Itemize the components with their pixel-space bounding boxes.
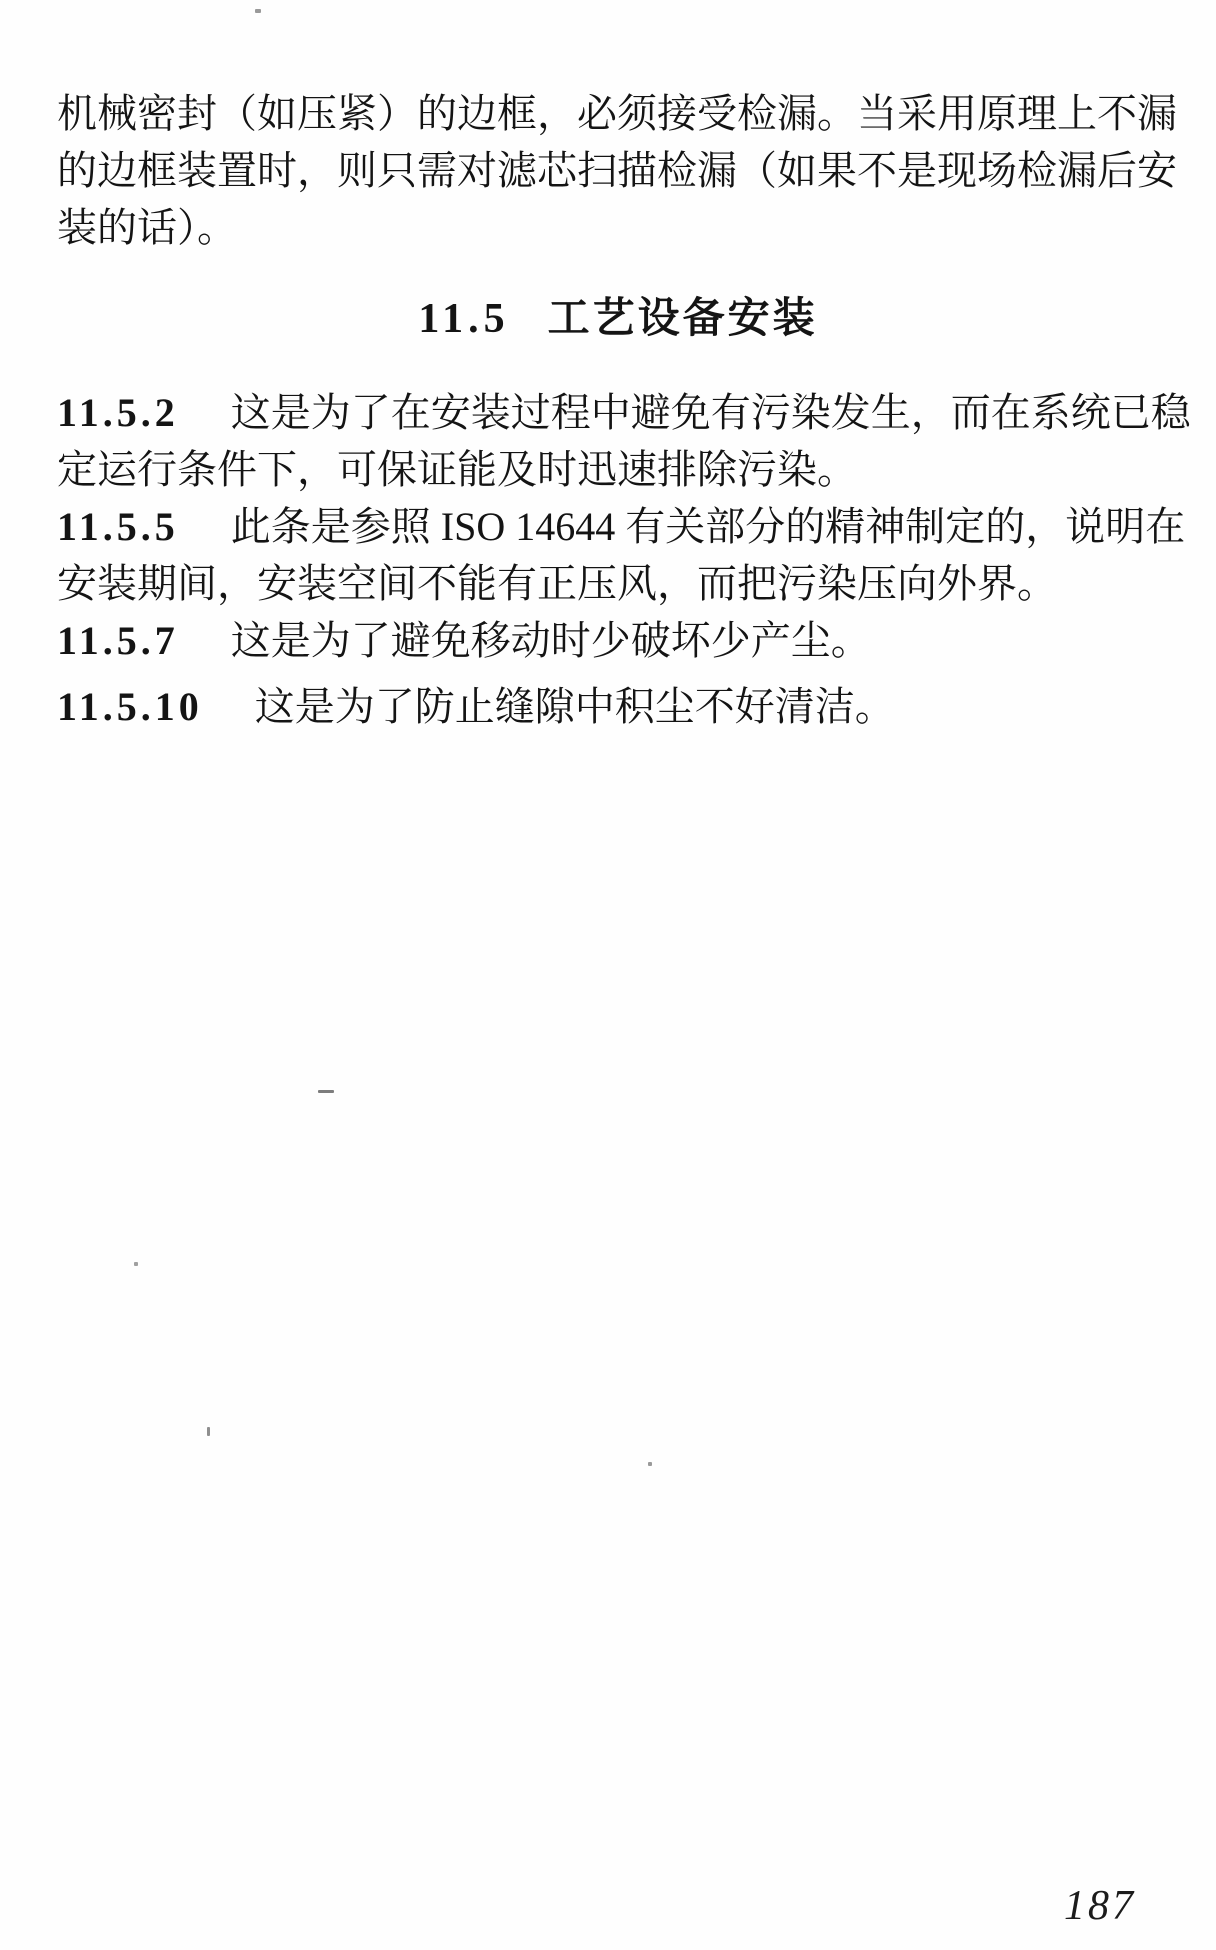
clause-number: 11.5.10 bbox=[57, 684, 203, 729]
clause-number: 11.5.7 bbox=[57, 618, 179, 663]
clause-line: 11.5.2这是为了在安装过程中避免有污染发生，而在系统已稳 bbox=[57, 384, 1179, 441]
page-number: 187 bbox=[1064, 1882, 1136, 1930]
heading-title: 工艺设备安装 bbox=[548, 296, 818, 342]
clause-number: 11.5.5 bbox=[57, 504, 179, 549]
clause-11-5-5: 11.5.5此条是参照 ISO 14644 有关部分的精神制定的，说明在 安装期… bbox=[57, 498, 1179, 612]
clause-number: 11.5.2 bbox=[57, 390, 179, 435]
paragraph-line: 机械密封（如压紧）的边框，必须接受检漏。当采用原理上不漏 bbox=[57, 85, 1179, 142]
book-page: 机械密封（如压紧）的边框，必须接受检漏。当采用原理上不漏 的边框装置时，则只需对… bbox=[0, 0, 1216, 1950]
clause-11-5-10: 11.5.10这是为了防止缝隙中积尘不好清洁。 bbox=[57, 678, 1179, 735]
scan-speck bbox=[318, 1090, 334, 1093]
clause-11-5-7: 11.5.7这是为了避免移动时少破坏少产尘。 bbox=[57, 612, 1179, 669]
paragraph-line: 的边框装置时，则只需对滤芯扫描检漏（如果不是现场检漏后安 bbox=[57, 142, 1179, 199]
clause-line: 11.5.10这是为了防止缝隙中积尘不好清洁。 bbox=[57, 678, 1179, 735]
heading-number: 11.5 bbox=[418, 296, 509, 342]
clause-text: 这是为了防止缝隙中积尘不好清洁。 bbox=[255, 684, 895, 729]
clause-line: 11.5.7这是为了避免移动时少破坏少产尘。 bbox=[57, 612, 1179, 669]
clause-line: 11.5.5此条是参照 ISO 14644 有关部分的精神制定的，说明在 bbox=[57, 498, 1179, 555]
clause-11-5-2: 11.5.2这是为了在安装过程中避免有污染发生，而在系统已稳 定运行条件下，可保… bbox=[57, 384, 1179, 498]
clause-line: 安装期间，安装空间不能有正压风，而把污染压向外界。 bbox=[57, 555, 1179, 612]
scan-speck bbox=[255, 9, 261, 13]
scan-speck bbox=[134, 1262, 138, 1266]
clause-text: 这是为了避免移动时少破坏少产尘。 bbox=[231, 618, 871, 663]
scan-speck bbox=[207, 1427, 210, 1436]
text-column: 机械密封（如压紧）的边框，必须接受检漏。当采用原理上不漏 的边框装置时，则只需对… bbox=[57, 85, 1179, 735]
scan-speck bbox=[648, 1462, 652, 1466]
clause-line: 定运行条件下，可保证能及时迅速排除污染。 bbox=[57, 441, 1179, 498]
clause-text: 此条是参照 ISO 14644 有关部分的精神制定的，说明在 bbox=[231, 504, 1185, 549]
intro-paragraph: 机械密封（如压紧）的边框，必须接受检漏。当采用原理上不漏 的边框装置时，则只需对… bbox=[57, 85, 1179, 256]
paragraph-line: 装的话）。 bbox=[57, 199, 1179, 256]
clauses: 11.5.2这是为了在安装过程中避免有污染发生，而在系统已稳 定运行条件下，可保… bbox=[57, 384, 1179, 735]
clause-text: 这是为了在安装过程中避免有污染发生，而在系统已稳 bbox=[231, 390, 1191, 435]
section-heading: 11.5工艺设备安装 bbox=[57, 291, 1179, 348]
